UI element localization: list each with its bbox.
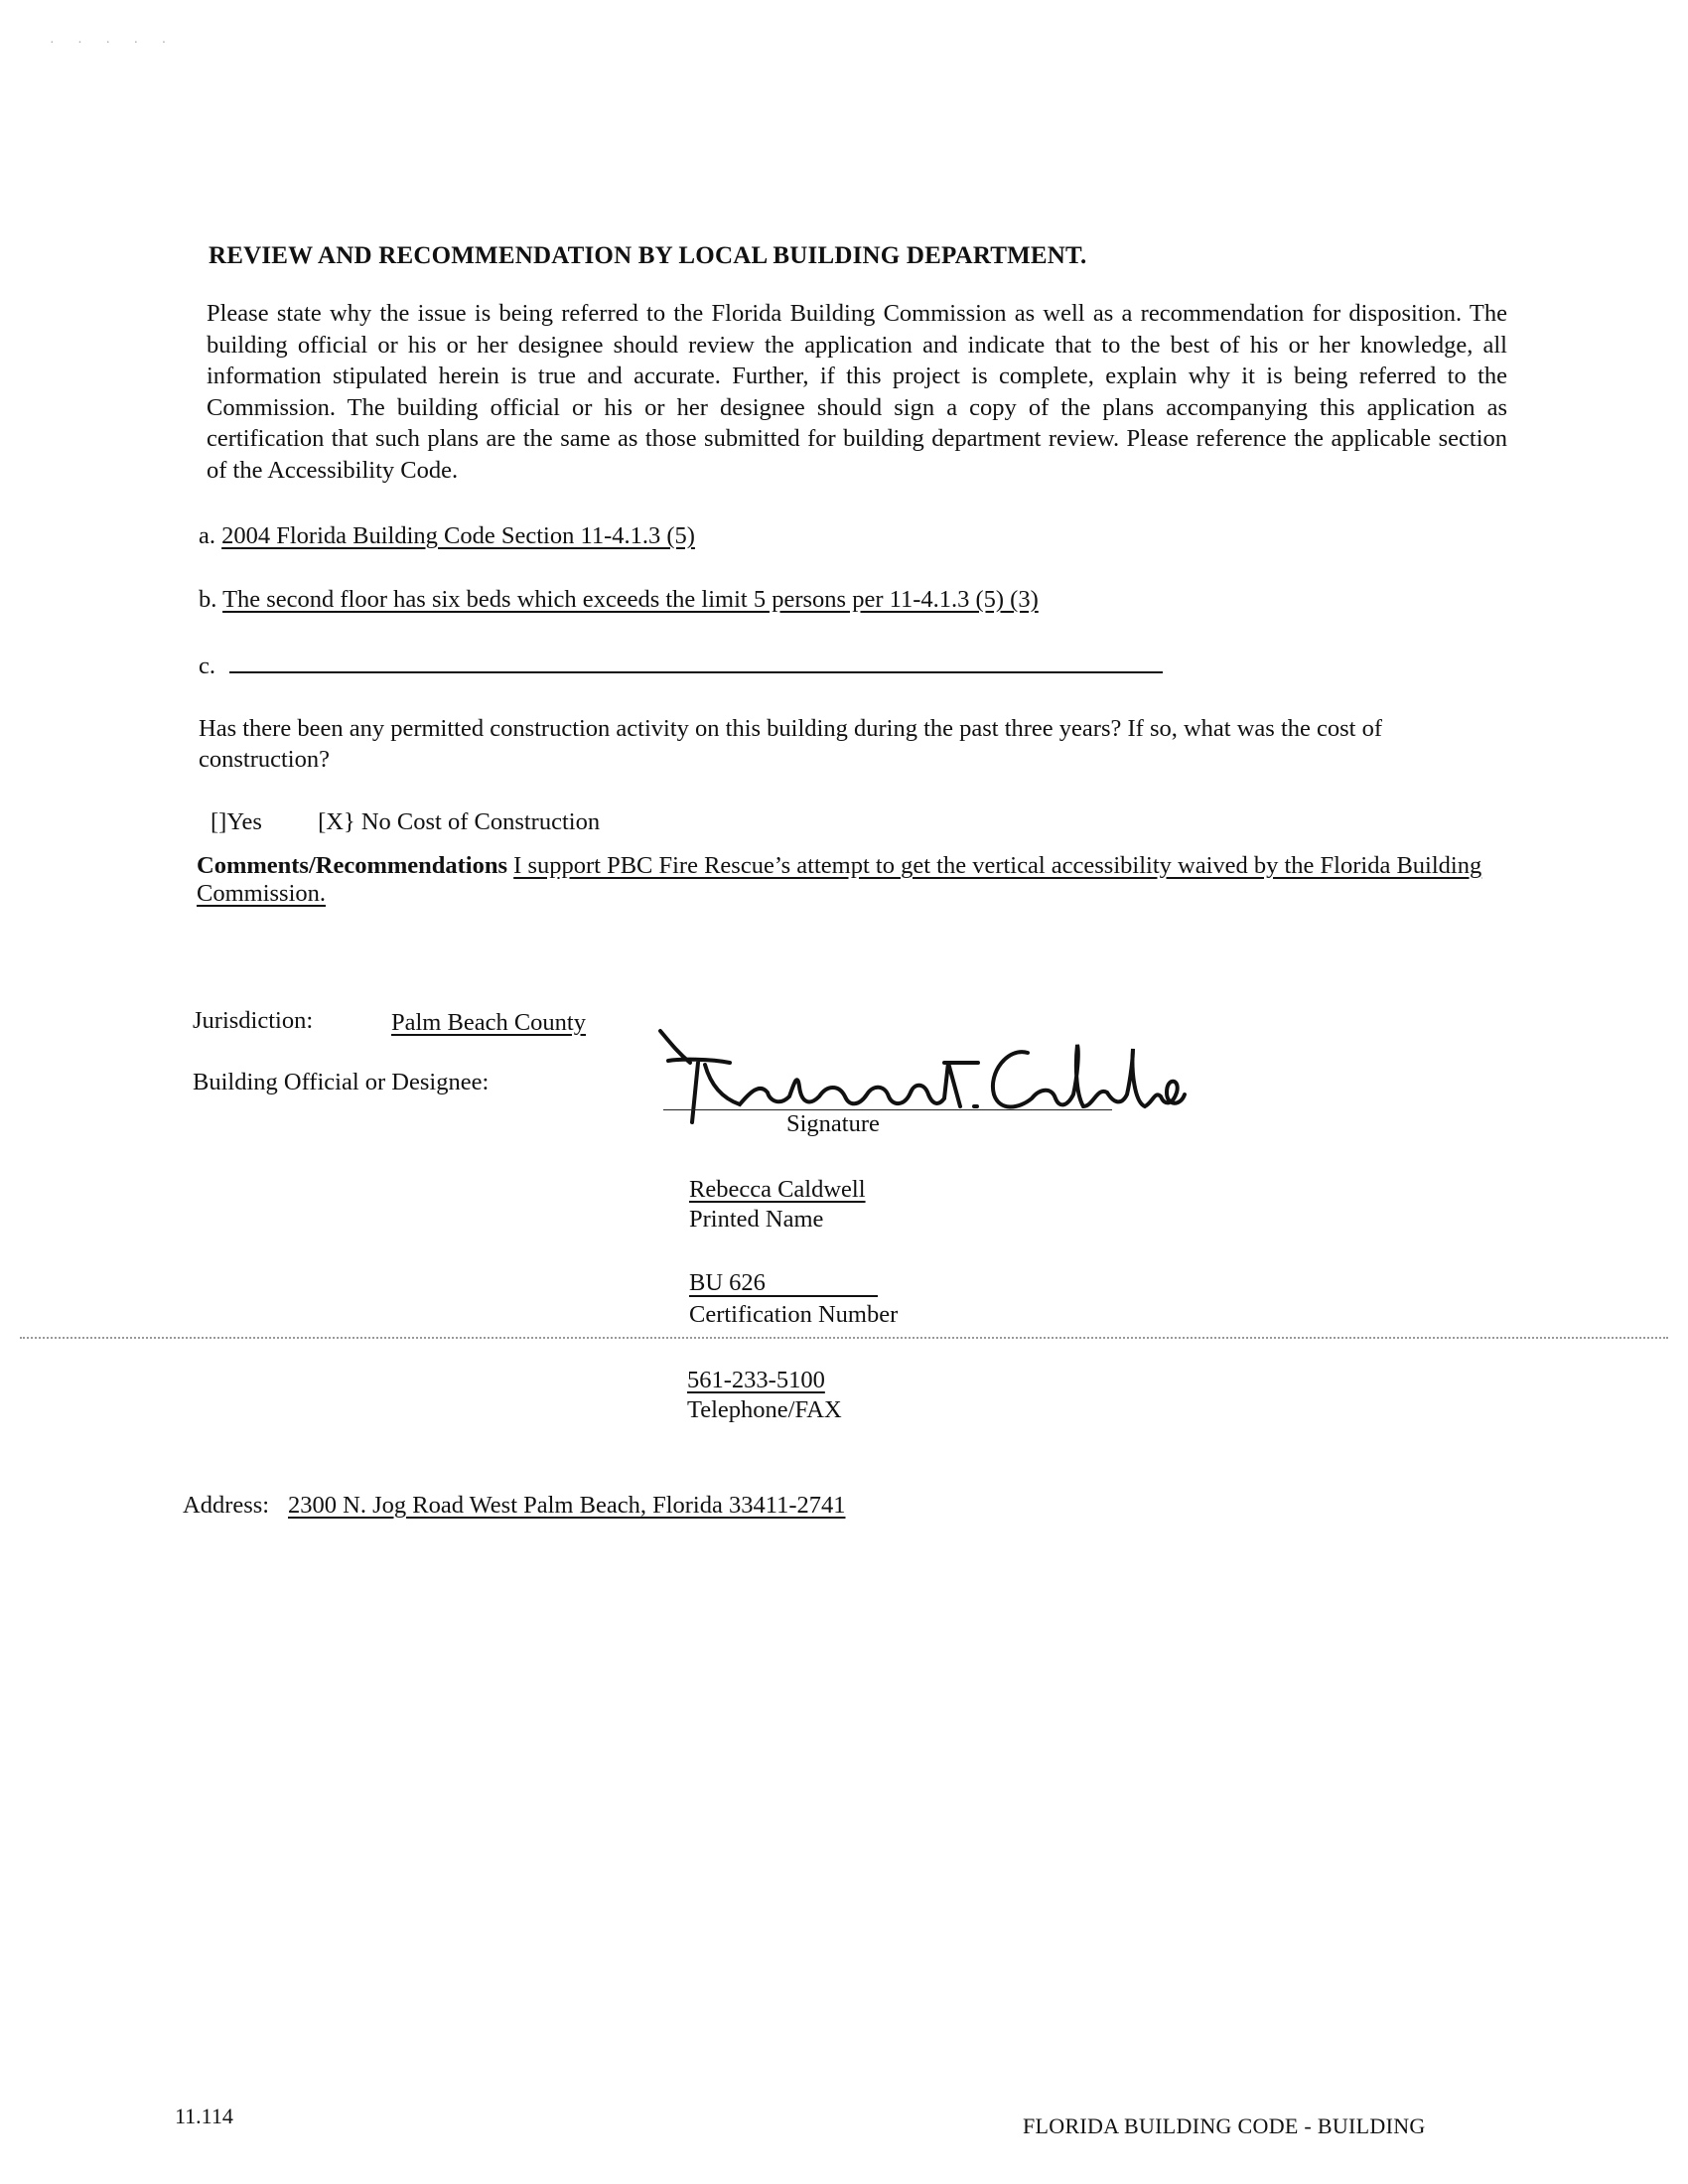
signature-caption: Signature (786, 1110, 880, 1138)
item-c-blank-field (229, 650, 1163, 673)
scan-line-artifact (20, 1337, 1668, 1339)
item-b-label: b. (199, 586, 216, 613)
comments-block: Comments/Recommendations I support PBC F… (197, 852, 1509, 908)
page-number: 11.114 (175, 2104, 233, 2129)
item-a: a. 2004 Florida Building Code Section 11… (199, 522, 695, 550)
item-c: c. (199, 650, 1163, 680)
official-label: Building Official or Designee: (193, 1069, 489, 1096)
comments-label: Comments/Recommendations (197, 852, 507, 879)
jurisdiction-value: Palm Beach County (391, 1009, 586, 1037)
item-a-label: a. (199, 522, 215, 549)
item-b-value: The second floor has six beds which exce… (222, 586, 1039, 613)
construction-answer: []Yes [X} No Cost of Construction (211, 808, 649, 836)
construction-question: Has there been any permitted constructio… (199, 713, 1507, 775)
item-c-label: c. (199, 653, 215, 679)
item-b: b. The second floor has six beds which e… (199, 586, 1039, 614)
section-heading: REVIEW AND RECOMMENDATION BY LOCAL BUILD… (209, 242, 1087, 270)
address-label: Address: (183, 1492, 269, 1520)
telephone-number: 561-233-5100 (687, 1367, 825, 1394)
publication-title: FLORIDA BUILDING CODE - BUILDING (1023, 2113, 1426, 2139)
jurisdiction-label: Jurisdiction: (193, 1007, 313, 1035)
signature-image (650, 1023, 1187, 1132)
telephone-caption: Telephone/FAX (687, 1396, 842, 1424)
printed-name: Rebecca Caldwell (689, 1176, 866, 1204)
address-value: 2300 N. Jog Road West Palm Beach, Florid… (288, 1492, 845, 1520)
printed-name-caption: Printed Name (689, 1206, 823, 1234)
instructions-paragraph: Please state why the issue is being refe… (207, 298, 1507, 486)
scan-artifacts: · · · · · (50, 36, 176, 52)
signature-line (663, 1109, 1112, 1110)
yes-option: []Yes (211, 808, 262, 835)
no-option: [X} No Cost of Construction (318, 808, 600, 835)
item-a-value: 2004 Florida Building Code Section 11-4.… (221, 522, 695, 549)
certification-caption: Certification Number (689, 1301, 898, 1329)
certification-number: BU 626 (689, 1269, 878, 1297)
